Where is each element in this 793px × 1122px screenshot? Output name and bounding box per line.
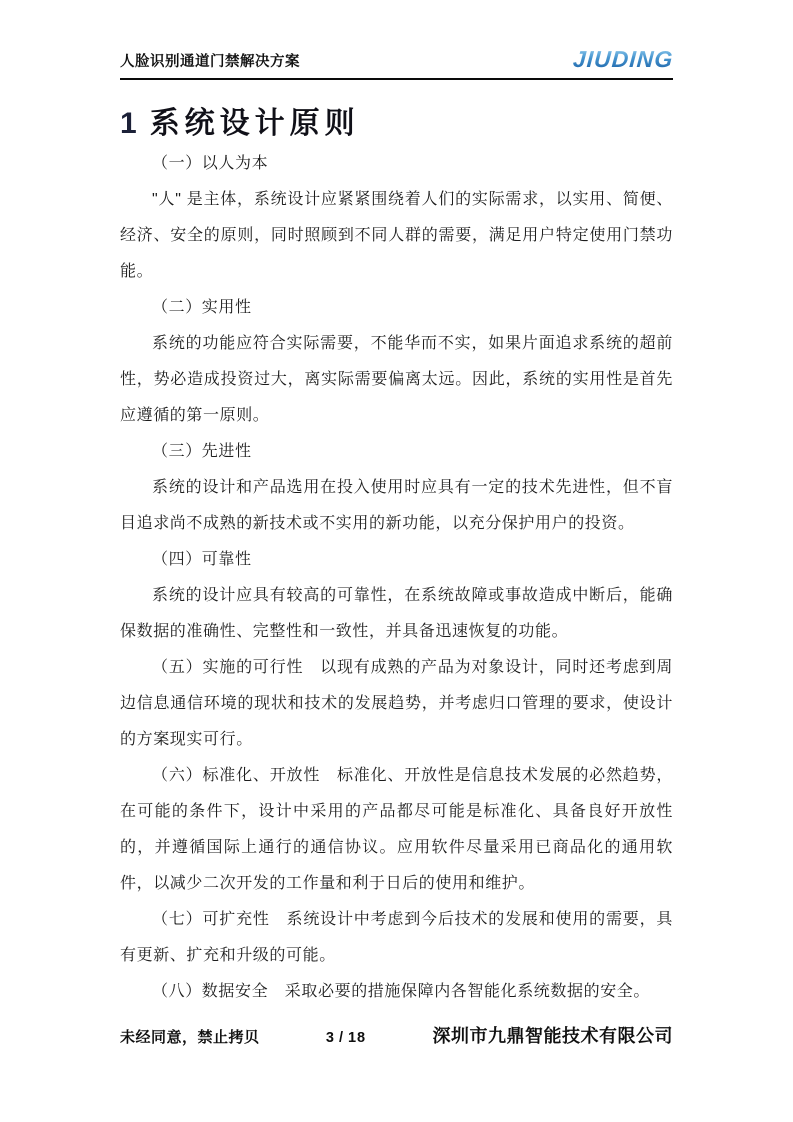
section-number: 1 xyxy=(120,107,137,140)
copy-notice: 未经同意，禁止拷贝 xyxy=(120,1026,260,1047)
section-subheading: （三）先进性 xyxy=(120,434,673,470)
paragraph: （八）数据安全 采取必要的措施保障内各智能化系统数据的安全。 xyxy=(120,974,673,1010)
header-doc-title: 人脸识别通道门禁解决方案 xyxy=(120,50,300,71)
section-title: 1系统设计原则 xyxy=(120,98,360,142)
paragraph: （五）实施的可行性 以现有成熟的产品为对象设计，同时还考虑到周边信息通信环境的现… xyxy=(120,650,673,758)
current-page-number: 3 xyxy=(326,1030,335,1046)
page-footer: 未经同意，禁止拷贝 3/18 深圳市九鼎智能技术有限公司 xyxy=(120,1022,673,1048)
paragraph: （六）标准化、开放性 标准化、开放性是信息技术发展的必然趋势，在可能的条件下，设… xyxy=(120,758,673,902)
jiuding-logo: JIUDING xyxy=(572,48,674,71)
section-subheading: （一）以人为本 xyxy=(120,146,673,182)
paragraph: 系统的功能应符合实际需要，不能华而不实，如果片面追求系统的超前性，势必造成投资过… xyxy=(120,326,673,434)
company-name: 深圳市九鼎智能技术有限公司 xyxy=(432,1022,673,1048)
section-subheading: （四）可靠性 xyxy=(120,542,673,578)
paragraph: （七）可扩充性 系统设计中考虑到今后技术的发展和使用的需要，具有更新、扩充和升级… xyxy=(120,902,673,974)
page-separator: / xyxy=(339,1030,344,1046)
paragraph: 系统的设计和产品选用在投入使用时应具有一定的技术先进性，但不盲目追求尚不成熟的新… xyxy=(120,470,673,542)
total-pages: 18 xyxy=(348,1030,366,1046)
section-title-text: 系统设计原则 xyxy=(150,107,360,140)
page-header: 人脸识别通道门禁解决方案 JIUDING xyxy=(120,48,673,80)
page-indicator: 3/18 xyxy=(326,1030,366,1046)
section-subheading: （二）实用性 xyxy=(120,290,673,326)
document-page: 人脸识别通道门禁解决方案 JIUDING 1系统设计原则 （一）以人为本"人" … xyxy=(0,0,793,1122)
document-body: （一）以人为本"人" 是主体，系统设计应紧紧围绕着人们的实际需求，以实用、简便、… xyxy=(120,146,673,1010)
paragraph: 系统的设计应具有较高的可靠性，在系统故障或事故造成中断后，能确保数据的准确性、完… xyxy=(120,578,673,650)
paragraph: "人" 是主体，系统设计应紧紧围绕着人们的实际需求，以实用、简便、经济、安全的原… xyxy=(120,182,673,290)
